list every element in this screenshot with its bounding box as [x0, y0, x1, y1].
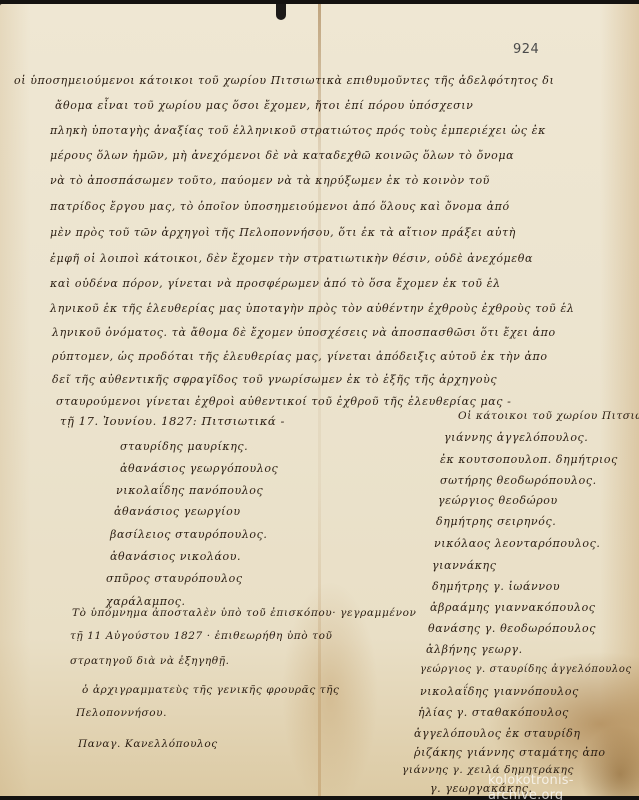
endorsement-line-4: ὁ ἀρχιγραμματεὺς τῆς γενικῆς φρουρᾶς τῆς: [82, 684, 340, 696]
signature-right-1: γιάννης ἀγγελόπουλος.: [444, 431, 588, 444]
ink-blot: [276, 4, 286, 20]
body-line-11: ληνικοῦ ὀνόματος. τὰ ἄθομα δὲ ἔχομεν ὑπο…: [52, 326, 556, 339]
signature-left-4: ἀθανάσιος γεωργίου: [114, 505, 241, 518]
body-line-5: νὰ τὸ ἀποσπάσωμεν τοῦτο, παύομεν νὰ τὰ κ…: [50, 174, 490, 187]
body-line-2: ἄθομα εἶναι τοῦ χωρίου μας ὅσοι ἔχομεν, …: [55, 99, 473, 112]
signature-right-12: γεώργιος γ. σταυρίδης ἀγγελόπουλος: [420, 664, 632, 675]
date-line: τῇ 17. Ἰουνίου. 1827: Πιτσιωτικά -: [60, 414, 285, 428]
signature-right-10: θανάσης γ. θεοδωρόπουλος: [428, 622, 596, 635]
body-line-6: πατρίδος ἔργου μας, τὸ ὁποῖον ὑποσημειού…: [50, 200, 510, 213]
signature-right-15: ἀγγελόπουλος ἐκ σταυρίδη: [414, 727, 581, 740]
body-line-4: μέρους ὅλων ἡμῶν, μὴ ἀνεχόμενοι δὲ νὰ κα…: [50, 149, 514, 162]
signature-right-7: γιαννάκης: [432, 559, 496, 572]
signature-left-5: βασίλειος σταυρόπουλος.: [110, 528, 267, 541]
body-line-1: οἱ ὑποσημειούμενοι κάτοικοι τοῦ χωρίου Π…: [14, 74, 554, 87]
archive-watermark: kolokotronis-archive.org: [488, 773, 639, 800]
right-column-header: Οἱ κάτοικοι τοῦ χωρίου Πιτσιωτικά.: [458, 410, 639, 422]
signature-right-9: ἀβραάμης γιαννακόπουλος: [430, 601, 596, 614]
endorsement-line-2: τῇ 11 Αὐγούστου 1827 · ἐπιθεωρήθη ὑπὸ το…: [70, 630, 332, 642]
body-line-3: πληκὴ ὑποταγὴς ἀναξίας τοῦ ἑλληνικοῦ στρ…: [50, 124, 546, 137]
body-line-13: δεῖ τῆς αὐθεντικῆς σφραγῖδος τοῦ γνωρίσω…: [52, 373, 497, 386]
signature-left-3: νικολαΐδης πανόπουλος: [116, 484, 263, 497]
endorsement-line-3: στρατηγοῦ διὰ νὰ ἐξηγηθῇ.: [70, 655, 230, 667]
body-line-14: σταυρούμενοι γίνεται ἐχθροὶ αὐθεντικοί τ…: [56, 395, 511, 408]
body-line-9: καὶ οὐδένα πόρον, γίνεται νὰ προσφέρωμεν…: [50, 277, 501, 290]
signature-right-16: ῥιζάκης γιάννης σταμάτης ἀπο: [414, 746, 606, 759]
signature-right-5: δημήτρης σειρηνός.: [436, 515, 556, 528]
body-line-12: ρύπτομεν, ὡς προδόται τῆς ἐλευθερίας μας…: [52, 350, 548, 363]
signature-left-6: ἀθανάσιος νικολάου.: [110, 550, 241, 563]
signature-right-6: νικόλαος λεονταρόπουλος.: [434, 537, 601, 550]
body-line-10: ληνικοῦ ἐκ τῆς ἑλευθερίας μας ὑποταγὴν π…: [50, 302, 575, 315]
signature-left-7: σπῦρος σταυρόπουλος: [106, 572, 243, 585]
signature-right-11: ἀλβήνης γεωργ.: [426, 643, 523, 656]
endorsement-line-5: Πελοποννήσου.: [76, 707, 167, 719]
manuscript-page: 924 οἱ ὑποσημειούμενοι κάτοικοι τοῦ χωρί…: [0, 4, 639, 796]
endorsement-line-1: Τὸ ὑπόμνημα ἀποσταλὲν ὑπὸ τοῦ ἐπισκόπου·…: [72, 607, 417, 619]
endorsement-signature: Παναγ. Κανελλόπουλος: [78, 738, 218, 750]
signature-right-14: ἠλίας γ. σταθακόπουλος: [418, 706, 569, 719]
signature-left-2: ἀθανάσιος γεωργόπουλος: [120, 462, 278, 475]
signature-right-8: δημήτρης γ. ἰωάννου: [432, 580, 560, 593]
body-line-7: μὲν πρὸς τοῦ τῶν ἀρχηγοὶ τῆς Πελοποννήσο…: [50, 226, 516, 239]
signature-right-2: ἐκ κουτσοπουλοπ. δημήτριος: [440, 453, 618, 466]
archive-page-number: 924: [513, 42, 539, 57]
signature-left-1: σταυρίδης μαυρίκης.: [120, 440, 248, 453]
signature-right-3: σωτήρης θεοδωρόπουλος.: [440, 474, 597, 487]
body-line-8: ἐμφῆ οἱ λοιποὶ κάτοικοι, δὲν ἔχομεν τὴν …: [50, 252, 533, 265]
signature-right-4: γεώργιος θεοδώρου: [438, 494, 558, 507]
signature-right-13: νικολαΐδης γιαννόπουλος: [420, 685, 579, 698]
